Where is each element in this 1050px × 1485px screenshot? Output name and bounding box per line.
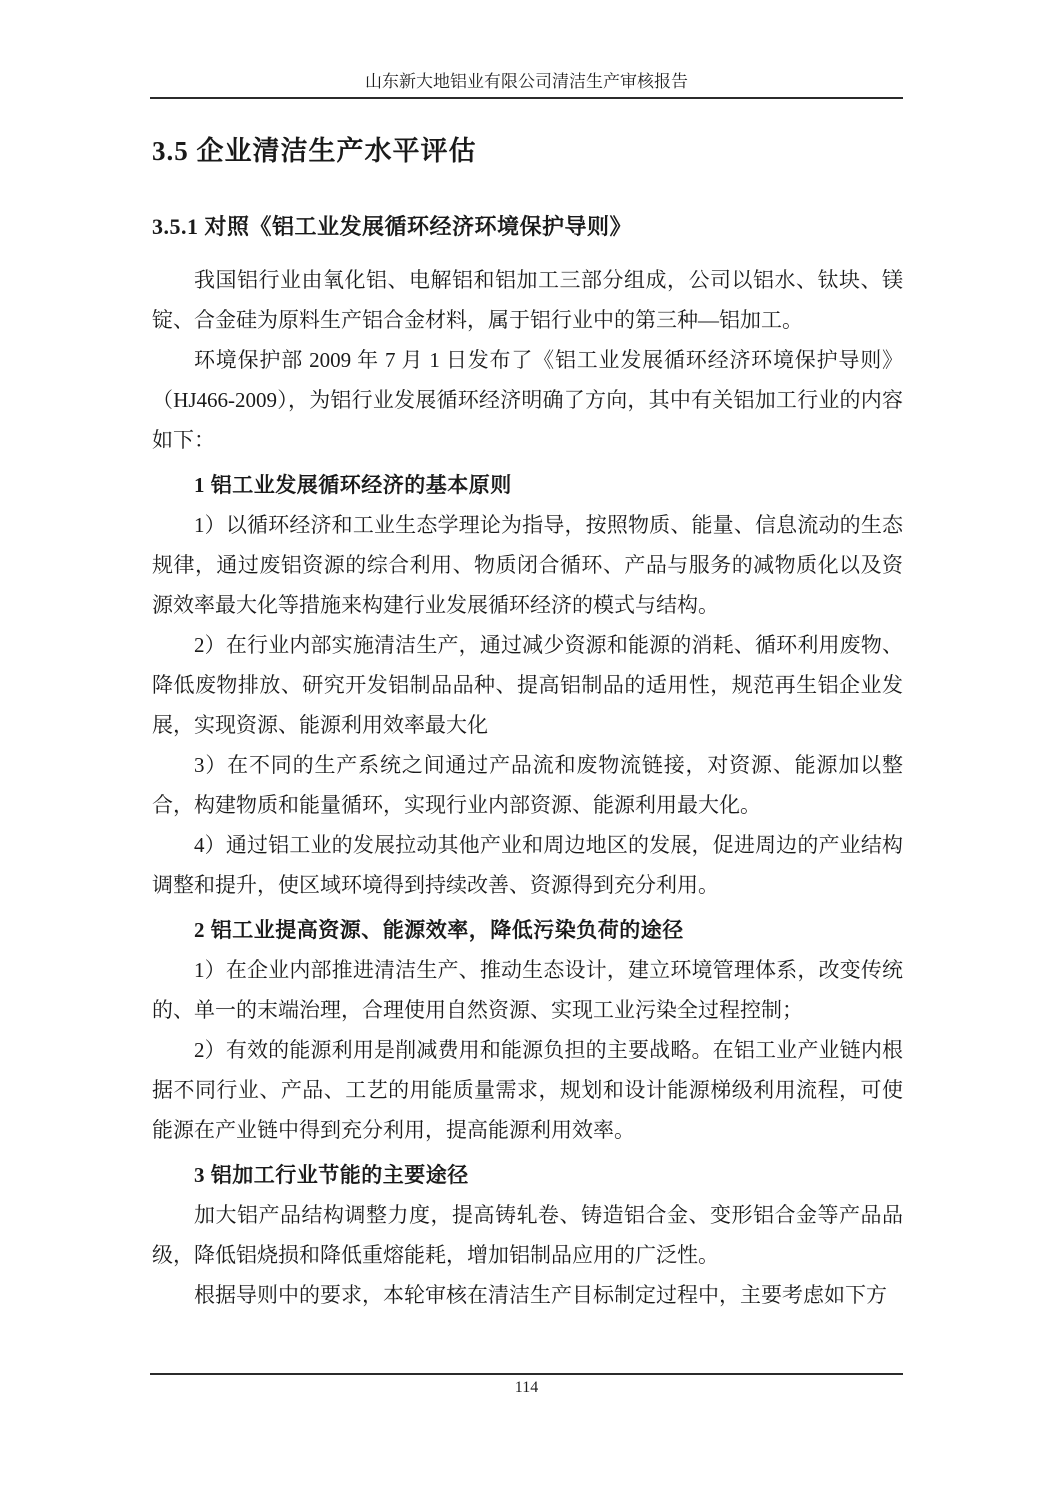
section-heading: 3.5.1 对照《铝工业发展循环经济环境保护导则》 xyxy=(152,212,903,242)
report-page: 山东新大地铝业有限公司清洁生产审核报告 3.5 企业清洁生产水平评估 3.5.1… xyxy=(0,0,1050,1485)
page-content: 3.5 企业清洁生产水平评估 3.5.1 对照《铝工业发展循环经济环境保护导则》… xyxy=(152,132,903,1315)
paragraph: 4）通过铝工业的发展拉动其他产业和周边地区的发展，促进周边的产业结构调整和提升，… xyxy=(152,825,903,905)
paragraph: 我国铝行业由氧化铝、电解铝和铝加工三部分组成，公司以铝水、钛块、镁锭、合金硅为原… xyxy=(152,260,903,340)
paragraph: 根据导则中的要求，本轮审核在清洁生产目标制定过程中，主要考虑如下方 xyxy=(152,1275,903,1315)
page-title: 3.5 企业清洁生产水平评估 xyxy=(152,132,903,170)
body-text: 我国铝行业由氧化铝、电解铝和铝加工三部分组成，公司以铝水、钛块、镁锭、合金硅为原… xyxy=(152,260,903,1315)
page-number: 114 xyxy=(150,1379,903,1397)
paragraph: 2）在行业内部实施清洁生产，通过减少资源和能源的消耗、循环利用废物、降低废物排放… xyxy=(152,625,903,745)
page-header: 山东新大地铝业有限公司清洁生产审核报告 xyxy=(150,70,903,99)
paragraph: 1）以循环经济和工业生态学理论为指导，按照物质、能量、信息流动的生态规律，通过废… xyxy=(152,505,903,625)
subheading-basic-principles: 1 铝工业发展循环经济的基本原则 xyxy=(152,465,903,505)
footer-rule xyxy=(150,1373,903,1375)
subheading-efficiency-approaches: 2 铝工业提高资源、能源效率，降低污染负荷的途径 xyxy=(152,910,903,950)
paragraph: 加大铝产品结构调整力度，提高铸轧卷、铸造铝合金、变形铝合金等产品品级，降低铝烧损… xyxy=(152,1195,903,1275)
paragraph: 2）有效的能源利用是削减费用和能源负担的主要战略。在铝工业产业链内根据不同行业、… xyxy=(152,1030,903,1150)
paragraph: 1）在企业内部推进清洁生产、推动生态设计，建立环境管理体系，改变传统的、单一的末… xyxy=(152,950,903,1030)
paragraph: 环境保护部 2009 年 7 月 1 日发布了《铝工业发展循环经济环境保护导则》… xyxy=(152,340,903,460)
paragraph: 3）在不同的生产系统之间通过产品流和废物流链接，对资源、能源加以整合，构建物质和… xyxy=(152,745,903,825)
subheading-energy-saving: 3 铝加工行业节能的主要途径 xyxy=(152,1155,903,1195)
page-header-title: 山东新大地铝业有限公司清洁生产审核报告 xyxy=(365,72,688,91)
